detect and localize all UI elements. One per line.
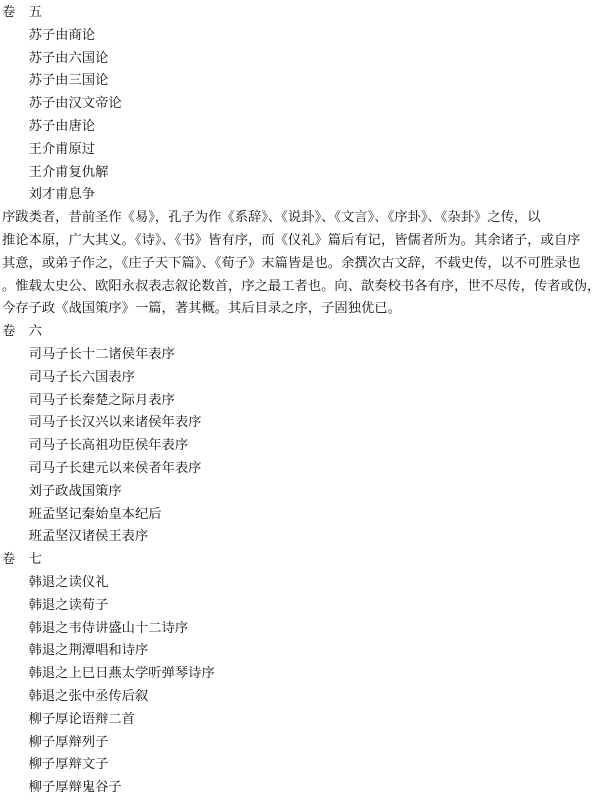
toc-item: 班孟坚汉诸侯王表序 bbox=[2, 525, 600, 548]
toc-item: 柳子厚论语辩二首 bbox=[2, 708, 600, 731]
toc-item: 刘子政战国策序 bbox=[2, 480, 600, 503]
toc-item: 韩退之荆潭唱和诗序 bbox=[2, 639, 600, 662]
toc-item: 柳子厚辩鬼谷子 bbox=[2, 776, 600, 799]
toc-item: 司马子长十二诸侯年表序 bbox=[2, 343, 600, 366]
toc-document: 卷 五苏子由商论苏子由六国论苏子由三国论苏子由汉文帝论苏子由唐论王介甫原过王介甫… bbox=[0, 0, 600, 799]
toc-item: 柳子厚辩列子 bbox=[2, 731, 600, 754]
toc-item: 韩退之张中丞传后叙 bbox=[2, 685, 600, 708]
toc-item: 韩退之读荀子 bbox=[2, 594, 600, 617]
prose-line: 今存子政《战国策序》一篇，著其概。其后目录之序，子固独优已。 bbox=[2, 297, 600, 320]
prose-line: 其意，或弟子作之，《庄子天下篇》、《荀子》末篇皆是也。余撰次古文辞，不载史传，以… bbox=[2, 252, 600, 275]
toc-item: 司马子长六国表序 bbox=[2, 366, 600, 389]
toc-item: 司马子长建元以来侯者年表序 bbox=[2, 457, 600, 480]
prose-line: 推论本原，广大其义。《诗》、《书》皆有序，而《仪礼》篇后有记，皆儒者所为。其余诸… bbox=[2, 229, 600, 252]
toc-item: 韩退之韦侍讲盛山十二诗序 bbox=[2, 617, 600, 640]
toc-item: 韩退之上巳日燕太学听弹琴诗序 bbox=[2, 662, 600, 685]
volume-heading: 卷 七 bbox=[2, 548, 600, 571]
toc-item: 刘才甫息争 bbox=[2, 183, 600, 206]
toc-item: 司马子长高祖功臣侯年表序 bbox=[2, 434, 600, 457]
toc-item: 司马子长秦楚之际月表序 bbox=[2, 389, 600, 412]
volume-heading: 卷 五 bbox=[2, 1, 600, 24]
toc-item: 苏子由唐论 bbox=[2, 115, 600, 138]
toc-item: 苏子由商论 bbox=[2, 24, 600, 47]
volume-heading: 卷 六 bbox=[2, 320, 600, 343]
toc-item: 王介甫复仇解 bbox=[2, 161, 600, 184]
prose-line: 。惟载太史公、欧阳永叔表志叙论数首，序之最工者也。向、歆奏校书各有序，世不尽传，… bbox=[2, 275, 600, 298]
toc-item: 苏子由六国论 bbox=[2, 47, 600, 70]
toc-item: 柳子厚辩文子 bbox=[2, 753, 600, 776]
toc-item: 苏子由三国论 bbox=[2, 69, 600, 92]
prose-line: 序跋类者，昔前圣作《易》，孔子为作《系辞》、《说卦》、《文言》、《序卦》、《杂卦… bbox=[2, 206, 600, 229]
toc-item: 王介甫原过 bbox=[2, 138, 600, 161]
toc-item: 班孟坚记秦始皇本纪后 bbox=[2, 503, 600, 526]
toc-item: 司马子长汉兴以来诸侯年表序 bbox=[2, 411, 600, 434]
toc-item: 韩退之读仪礼 bbox=[2, 571, 600, 594]
toc-item: 苏子由汉文帝论 bbox=[2, 92, 600, 115]
